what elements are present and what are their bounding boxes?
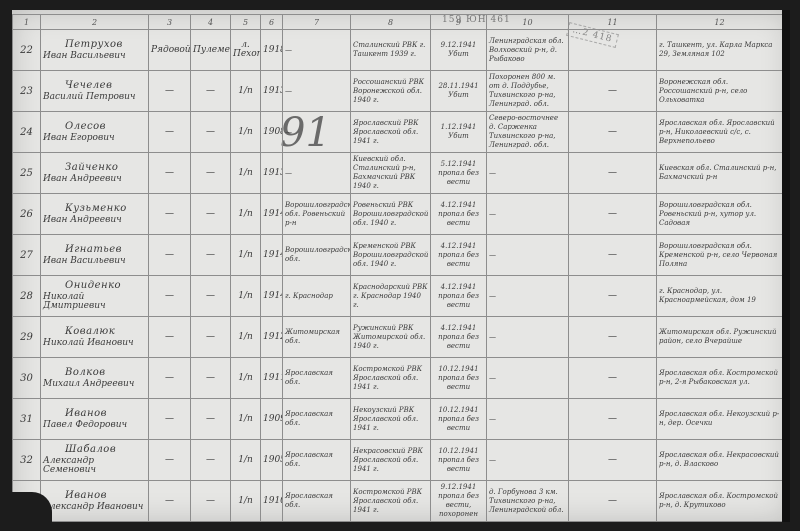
relative-address-cell: Ярославская обл. Ярославский р-н, Никола… (657, 112, 783, 153)
column-header-3: 3 (149, 15, 191, 30)
birth-year-cell: 1905 (261, 440, 283, 481)
row-number: 27 (13, 235, 41, 276)
column-header-6: 6 (261, 15, 283, 30)
relative-address-cell: Ярославская обл. Костромской р-н, д. Кру… (657, 481, 783, 522)
surname: Иванов (43, 409, 146, 418)
rank-cell: — (149, 358, 191, 399)
given-name: Павел Федорович (43, 421, 146, 430)
rank-cell: Рядовой (149, 30, 191, 71)
burial-place-cell: — (487, 276, 569, 317)
burial-place-cell: — (487, 194, 569, 235)
birthplace-cell: Ярославская обл. (283, 399, 351, 440)
birthplace-cell: Ворошиловградская обл. (283, 235, 351, 276)
position-cell: — (191, 194, 231, 235)
relative-address-cell: Воронежская обл. Россошанский р-н, село … (657, 71, 783, 112)
column-header-row: 123456789101112 (13, 15, 783, 30)
birthplace-cell: Ярославская обл. (283, 481, 351, 522)
birth-year-cell: 1909 (261, 399, 283, 440)
person-name: ИгнатьевИван Васильевич (41, 235, 149, 276)
birthplace-cell: — (283, 112, 351, 153)
burial-place-cell: — (487, 399, 569, 440)
table-row: 27ИгнатьевИван Васильевич——1/п1914Вороши… (13, 235, 783, 276)
surname: Иванов (43, 491, 146, 500)
unit-cell: л. Пехот. (231, 30, 261, 71)
birthplace-cell: — (283, 30, 351, 71)
date-status-cell: 5.12.1941 пропал без вести (431, 153, 487, 194)
drafted-by-cell: Сталинский РВК г. Ташкент 1939 г. (351, 30, 431, 71)
birth-year-cell: 1908 (261, 112, 283, 153)
burial-place-cell: Северо-восточнее д. Сарженка Тихвинского… (487, 112, 569, 153)
position-cell: — (191, 317, 231, 358)
relative-address-cell: г. Краснодар, ул. Красноармейская, дом 1… (657, 276, 783, 317)
date-status-cell: 9.12.1941 Убит (431, 30, 487, 71)
surname: Кузьменко (43, 204, 146, 213)
birthplace-cell: Житомирская обл. (283, 317, 351, 358)
relative-address-cell: Ярославская обл. Некрасовский р-н, д. Вл… (657, 440, 783, 481)
drafted-by-cell: Некоузский РВК Ярославской обл. 1941 г. (351, 399, 431, 440)
unit-cell: 1/п (231, 399, 261, 440)
burial-place-cell: Ленинградская обл. Волховский р-н, д. Ры… (487, 30, 569, 71)
rank-cell: — (149, 235, 191, 276)
relative-address-cell: г. Ташкент, ул. Карла Маркса 29, Земляна… (657, 30, 783, 71)
surname: Олесов (43, 122, 146, 131)
person-name: КузьменкоИван Андреевич (41, 194, 149, 235)
surname: Зайченко (43, 163, 146, 172)
position-cell: — (191, 276, 231, 317)
position-cell: — (191, 358, 231, 399)
relative-address-cell: Ярославская обл. Некоузский р-н, дер. Ос… (657, 399, 783, 440)
given-name: Михаил Андреевич (43, 380, 146, 389)
birth-year-cell: 1913 (261, 71, 283, 112)
given-name: Александр Семенович (43, 457, 146, 475)
birthplace-cell: Ворошиловградская обл. Ровеньский р-н (283, 194, 351, 235)
date-status-cell: 4.12.1941 пропал без вести (431, 235, 487, 276)
column-header-2: 2 (41, 15, 149, 30)
burial-place-cell: д. Горбунова 3 км. Тихвинского р-на, Лен… (487, 481, 569, 522)
date-status-cell: 10.12.1941 пропал без вести (431, 399, 487, 440)
table-row: 26КузьменкоИван Андреевич——1/п1914Вороши… (13, 194, 783, 235)
rank-cell: — (149, 440, 191, 481)
unit-cell: 1/п (231, 276, 261, 317)
row-number: 22 (13, 30, 41, 71)
register-sheet: 159 ЮН 461 …2 418 91 123456789101112 22П… (12, 10, 790, 522)
drafted-by-cell: Ярославский РВК Ярославской обл. 1941 г. (351, 112, 431, 153)
date-status-cell: 9.12.1941 пропал без вести, похоронен (431, 481, 487, 522)
given-name: Иван Васильевич (43, 52, 146, 61)
birthplace-cell: — (283, 153, 351, 194)
given-name: Иван Андреевич (43, 175, 146, 184)
table-row: 28ОниденкоНиколай Дмитриевич——1/п1914г. … (13, 276, 783, 317)
row-number: 31 (13, 399, 41, 440)
rank-cell: — (149, 399, 191, 440)
row-number: 32 (13, 440, 41, 481)
person-name: ШабаловАлександр Семенович (41, 440, 149, 481)
relative-address-cell: Житомирская обл. Ружинский район, село В… (657, 317, 783, 358)
rank-cell: — (149, 317, 191, 358)
table-row: 32ШабаловАлександр Семенович——1/п1905Яро… (13, 440, 783, 481)
person-name: ЧечелевВасилий Петрович (41, 71, 149, 112)
unit-cell: 1/п (231, 112, 261, 153)
date-status-cell: 10.12.1941 пропал без вести (431, 358, 487, 399)
note-cell: — (569, 153, 657, 194)
row-number: 26 (13, 194, 41, 235)
relative-address-cell: Ярославская обл. Костромской р-н, 2-я Ры… (657, 358, 783, 399)
given-name: Иван Егорович (43, 134, 146, 143)
surname: Ковалюк (43, 327, 146, 336)
date-status-cell: 4.12.1941 пропал без вести (431, 317, 487, 358)
relative-address-cell: Ворошиловградская обл. Ровеньский р-н, х… (657, 194, 783, 235)
birth-year-cell: 1914 (261, 235, 283, 276)
birthplace-cell: — (283, 71, 351, 112)
position-cell: — (191, 71, 231, 112)
unit-cell: 1/п (231, 153, 261, 194)
surname: Чечелев (43, 81, 146, 90)
drafted-by-cell: Россошанский РВК Воронежской обл. 1940 г… (351, 71, 431, 112)
table-row: 23ЧечелевВасилий Петрович——1/п1913—Россо… (13, 71, 783, 112)
person-name: ВолковМихаил Андреевич (41, 358, 149, 399)
drafted-by-cell: Костромской РВК Ярославской обл. 1941 г. (351, 358, 431, 399)
drafted-by-cell: Ровеньский РВК Ворошиловградской обл. 19… (351, 194, 431, 235)
position-cell: — (191, 481, 231, 522)
birth-year-cell: 1910 (261, 481, 283, 522)
drafted-by-cell: Некрасовский РВК Ярославской обл. 1941 г… (351, 440, 431, 481)
unit-cell: 1/п (231, 194, 261, 235)
person-name: КовалюкНиколай Иванович (41, 317, 149, 358)
column-header-9: 9 (431, 15, 487, 30)
column-header-10: 10 (487, 15, 569, 30)
rank-cell: — (149, 71, 191, 112)
table-row: 33ИвановАлександр Иванович——1/п1910Яросл… (13, 481, 783, 522)
birth-year-cell: 1911 (261, 358, 283, 399)
person-name: ЗайченкоИван Андреевич (41, 153, 149, 194)
burial-place-cell: — (487, 235, 569, 276)
note-cell: — (569, 399, 657, 440)
birth-year-cell: 1912 (261, 317, 283, 358)
surname: Петрухов (43, 40, 146, 49)
surname: Игнатьев (43, 245, 146, 254)
column-header-12: 12 (657, 15, 783, 30)
column-header-8: 8 (351, 15, 431, 30)
position-cell: Пулеметчик (191, 30, 231, 71)
birth-year-cell: 1918 (261, 30, 283, 71)
surname: Волков (43, 368, 146, 377)
position-cell: — (191, 235, 231, 276)
drafted-by-cell: Киевский обл. Сталинский р-н, Бахмачский… (351, 153, 431, 194)
birth-year-cell: 1914 (261, 194, 283, 235)
drafted-by-cell: Кременской РВК Ворошиловградской обл. 19… (351, 235, 431, 276)
given-name: Иван Андреевич (43, 216, 146, 225)
rank-cell: — (149, 276, 191, 317)
table-row: 31ИвановПавел Федорович——1/п1909Ярославс… (13, 399, 783, 440)
position-cell: — (191, 399, 231, 440)
given-name: Василий Петрович (43, 93, 146, 102)
row-number: 23 (13, 71, 41, 112)
table-row: 30ВолковМихаил Андреевич——1/п1911Ярослав… (13, 358, 783, 399)
rank-cell: — (149, 481, 191, 522)
person-name: ИвановАлександр Иванович (41, 481, 149, 522)
burial-place-cell: — (487, 358, 569, 399)
table-row: 22ПетруховИван ВасильевичРядовойПулеметч… (13, 30, 783, 71)
rank-cell: — (149, 194, 191, 235)
row-number: 25 (13, 153, 41, 194)
note-cell: — (569, 71, 657, 112)
birth-year-cell: 1914 (261, 276, 283, 317)
given-name: Николай Дмитриевич (43, 293, 146, 311)
drafted-by-cell: Костромской РВК Ярославской обл. 1941 г. (351, 481, 431, 522)
table-row: 24ОлесовИван Егорович——1/п1908—Ярославск… (13, 112, 783, 153)
note-cell: — (569, 194, 657, 235)
note-cell: — (569, 112, 657, 153)
relative-address-cell: Киевская обл. Сталинский р-н, Бахмачский… (657, 153, 783, 194)
position-cell: — (191, 440, 231, 481)
note-cell: — (569, 276, 657, 317)
row-number: 24 (13, 112, 41, 153)
unit-cell: 1/п (231, 235, 261, 276)
surname: Ониденко (43, 281, 146, 290)
surname: Шабалов (43, 445, 146, 454)
unit-cell: 1/п (231, 358, 261, 399)
unit-cell: 1/п (231, 481, 261, 522)
person-name: ОлесовИван Егорович (41, 112, 149, 153)
person-name: ОниденкоНиколай Дмитриевич (41, 276, 149, 317)
given-name: Александр Иванович (43, 503, 146, 512)
burial-place-cell: Похоронен 800 м. от д. Поддубье, Тихвинс… (487, 71, 569, 112)
given-name: Иван Васильевич (43, 257, 146, 266)
date-status-cell: 10.12.1941 пропал без вести (431, 440, 487, 481)
rank-cell: — (149, 112, 191, 153)
unit-cell: 1/п (231, 71, 261, 112)
note-cell: — (569, 358, 657, 399)
column-header-11: 11 (569, 15, 657, 30)
position-cell: — (191, 112, 231, 153)
burial-place-cell: — (487, 440, 569, 481)
date-status-cell: 4.12.1941 пропал без вести (431, 194, 487, 235)
row-number: 30 (13, 358, 41, 399)
person-name: ИвановПавел Федорович (41, 399, 149, 440)
unit-cell: 1/п (231, 440, 261, 481)
birthplace-cell: г. Краснодар (283, 276, 351, 317)
relative-address-cell: Ворошиловградская обл. Кременской р-н, с… (657, 235, 783, 276)
column-header-1: 1 (13, 15, 41, 30)
date-status-cell: 4.12.1941 пропал без вести (431, 276, 487, 317)
table-row: 25ЗайченкоИван Андреевич——1/п1913—Киевск… (13, 153, 783, 194)
note-cell: — (569, 235, 657, 276)
birthplace-cell: Ярославская обл. (283, 358, 351, 399)
note-cell: — (569, 317, 657, 358)
rank-cell: — (149, 153, 191, 194)
table-row: 29КовалюкНиколай Иванович——1/п1912Житоми… (13, 317, 783, 358)
drafted-by-cell: Краснодарский РВК г. Краснодар 1940 г. (351, 276, 431, 317)
date-status-cell: 28.11.1941 Убит (431, 71, 487, 112)
row-number: 29 (13, 317, 41, 358)
column-header-4: 4 (191, 15, 231, 30)
given-name: Николай Иванович (43, 339, 146, 348)
casualty-register-table: 123456789101112 22ПетруховИван Васильеви… (12, 14, 783, 522)
person-name: ПетруховИван Васильевич (41, 30, 149, 71)
note-cell (569, 30, 657, 71)
date-status-cell: 1.12.1941 Убит (431, 112, 487, 153)
note-cell: — (569, 481, 657, 522)
note-cell: — (569, 440, 657, 481)
column-header-5: 5 (231, 15, 261, 30)
unit-cell: 1/п (231, 317, 261, 358)
birth-year-cell: 1913 (261, 153, 283, 194)
position-cell: — (191, 153, 231, 194)
drafted-by-cell: Ружинский РВК Житомирской обл. 1940 г. (351, 317, 431, 358)
row-number: 28 (13, 276, 41, 317)
birthplace-cell: Ярославская обл. (283, 440, 351, 481)
burial-place-cell: — (487, 317, 569, 358)
column-header-7: 7 (283, 15, 351, 30)
burial-place-cell: — (487, 153, 569, 194)
